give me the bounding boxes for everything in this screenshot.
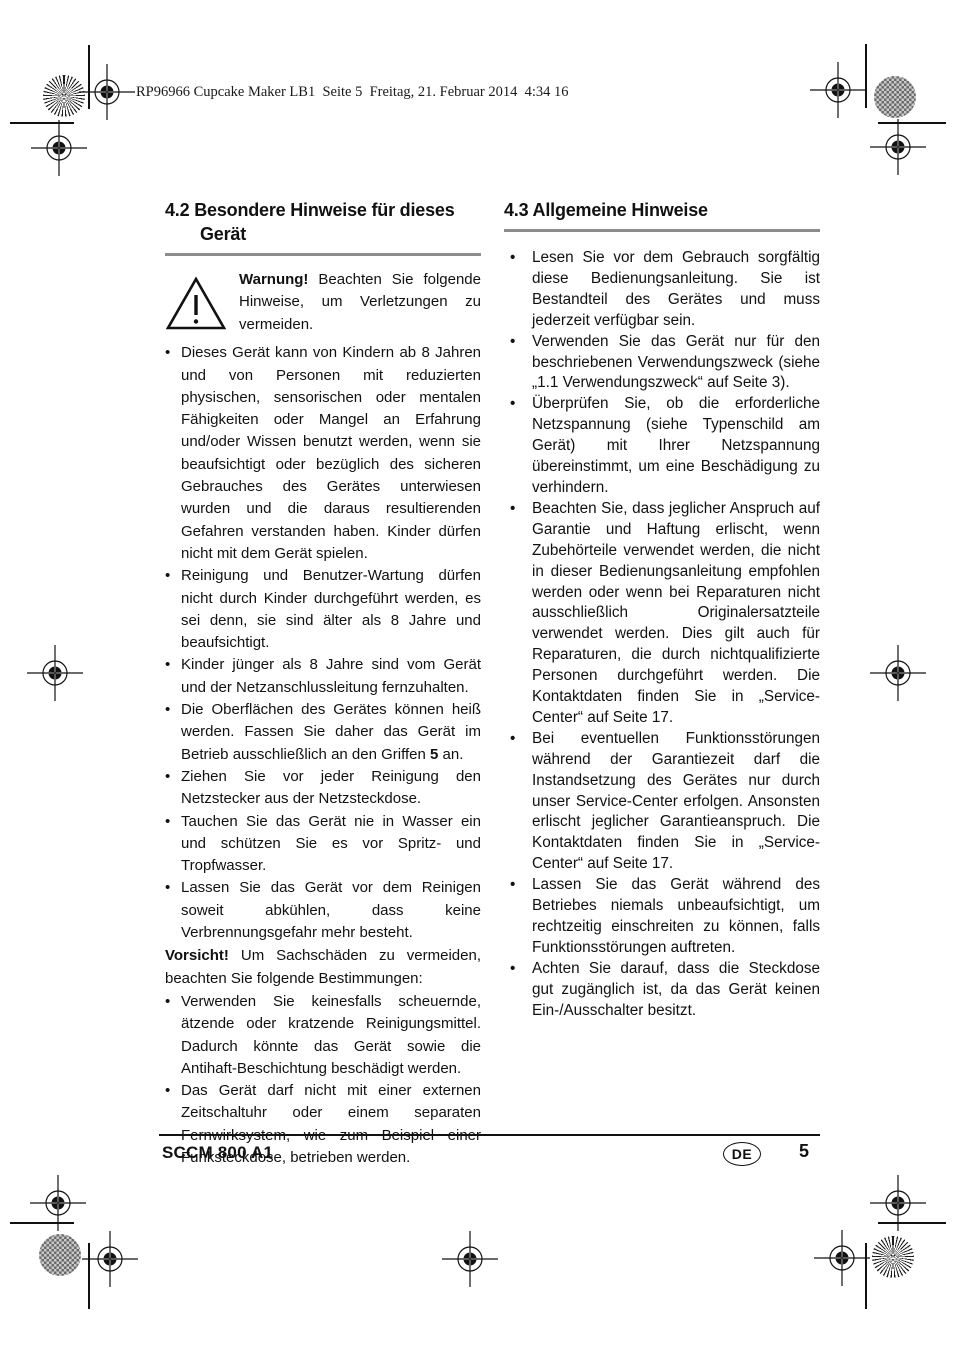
list-item: •Lassen Sie das Gerät während des Betrie… (504, 875, 820, 959)
halftone-calibration-icon (39, 1234, 81, 1276)
trim-line (88, 1243, 90, 1309)
caution-paragraph: Vorsicht! Um Sachschäden zu vermeiden, b… (165, 945, 481, 990)
bullet-marker: • (165, 991, 181, 1080)
list-item-text: Kinder jünger als 8 Jahre sind vom Gerät… (181, 654, 481, 699)
halftone-calibration-icon (874, 76, 916, 118)
trim-line (878, 1222, 946, 1224)
registration-mark-icon (810, 62, 866, 118)
list-item: •Verwenden Sie das Gerät nur für den bes… (504, 332, 820, 395)
starburst-calibration-icon (872, 1236, 914, 1278)
list-item-text: Die Oberflächen des Gerätes können heiß … (181, 699, 481, 766)
list-item: •Verwenden Sie keinesfalls scheuernde, ä… (165, 991, 481, 1080)
list-item: •Überprüfen Sie, ob die erforderliche Ne… (504, 394, 820, 499)
list-item-text: Überprüfen Sie, ob die erforderliche Net… (532, 394, 820, 499)
right-column: 4.3 Allgemeine Hinweise •Lesen Sie vor d… (504, 198, 820, 1022)
list-item: •Lassen Sie das Gerät vor dem Reinigen s… (165, 877, 481, 944)
list-item-text: Achten Sie darauf, dass die Steckdose gu… (532, 959, 820, 1022)
manual-page: RP96966 Cupcake Maker LB1 Seite 5 Freita… (0, 0, 954, 1351)
list-item: •Kinder jünger als 8 Jahre sind vom Gerä… (165, 654, 481, 699)
registration-mark-icon (442, 1231, 498, 1287)
section-heading-4-2: 4.2 Besondere Hinweise für dieses Gerät (165, 198, 481, 246)
general-bullet-list: •Lesen Sie vor dem Gebrauch sorgfältig d… (504, 248, 820, 1022)
list-item-text: Verwenden Sie das Gerät nur für den besc… (532, 332, 820, 395)
bullet-marker: • (165, 877, 181, 944)
bullet-marker: • (504, 959, 532, 1022)
warning-block: Warnung! Beachten Sie folgende Hinweise,… (165, 269, 481, 340)
trim-line (88, 45, 90, 109)
trim-line (878, 122, 946, 124)
bullet-marker: • (504, 332, 532, 395)
list-item-text: Beachten Sie, dass jeglicher Anspruch au… (532, 499, 820, 729)
bullet-marker: • (504, 394, 532, 499)
list-item-text: Dieses Gerät kann von Kindern ab 8 Jahre… (181, 342, 481, 565)
registration-mark-icon (27, 645, 83, 701)
list-item: •Bei eventuellen Funktionsstörungen währ… (504, 729, 820, 875)
list-item: •Ziehen Sie vor jeder Reinigung den Netz… (165, 766, 481, 811)
footer-model-number: SCCM 800 A1 (162, 1143, 273, 1163)
trim-line (10, 122, 74, 124)
list-item-text: Reinigung und Benutzer-Wartung dürfen ni… (181, 565, 481, 654)
bullet-marker: • (165, 342, 181, 565)
list-item-text: Lesen Sie vor dem Gebrauch sorgfältig di… (532, 248, 820, 332)
bullet-marker: • (504, 499, 532, 729)
left-column: 4.2 Besondere Hinweise für dieses Gerät … (165, 198, 481, 1169)
trim-line (865, 44, 867, 108)
section-heading-4-3: 4.3 Allgemeine Hinweise (504, 198, 820, 222)
list-item: •Tauchen Sie das Gerät nie in Wasser ein… (165, 811, 481, 878)
list-item: •Beachten Sie, dass jeglicher Anspruch a… (504, 499, 820, 729)
warning-label: Warnung! (239, 271, 308, 288)
heading-rule (504, 229, 820, 232)
trim-line (10, 1222, 74, 1224)
list-item: •Die Oberflächen des Gerätes können heiß… (165, 699, 481, 766)
registration-mark-icon (870, 645, 926, 701)
warning-text: Warnung! Beachten Sie folgende Hinweise,… (239, 269, 481, 336)
list-item: •Achten Sie darauf, dass die Steckdose g… (504, 959, 820, 1022)
bullet-marker: • (504, 875, 532, 959)
bullet-marker: • (165, 654, 181, 699)
footer-rule (159, 1134, 820, 1136)
bullet-marker: • (165, 699, 181, 766)
proof-header-line: RP96966 Cupcake Maker LB1 Seite 5 Freita… (136, 84, 569, 101)
registration-mark-icon (82, 1231, 138, 1287)
list-item-text: Ziehen Sie vor jeder Reinigung den Netzs… (181, 766, 481, 811)
starburst-calibration-icon (43, 75, 85, 117)
warning-triangle-icon (165, 269, 227, 340)
caution-label: Vorsicht! (165, 947, 229, 964)
bullet-marker: • (165, 766, 181, 811)
bullet-marker: • (504, 729, 532, 875)
registration-mark-icon (814, 1230, 870, 1286)
region-badge: DE (723, 1142, 761, 1166)
bullet-marker: • (165, 565, 181, 654)
list-item-text: Bei eventuellen Funktionsstörungen währe… (532, 729, 820, 875)
list-item: •Reinigung und Benutzer-Wartung dürfen n… (165, 565, 481, 654)
text-segment: an. (438, 746, 463, 763)
list-item: •Dieses Gerät kann von Kindern ab 8 Jahr… (165, 342, 481, 565)
heading-rule (165, 253, 481, 256)
registration-mark-icon (31, 120, 87, 176)
bullet-marker: • (504, 248, 532, 332)
list-item-text: Lassen Sie das Gerät vor dem Reinigen so… (181, 877, 481, 944)
registration-mark-icon (870, 119, 926, 175)
list-item-text: Tauchen Sie das Gerät nie in Wasser ein … (181, 811, 481, 878)
trim-line (865, 1243, 867, 1309)
list-item-text: Verwenden Sie keinesfalls scheuernde, ät… (181, 991, 481, 1080)
bullet-marker: • (165, 811, 181, 878)
list-item: •Lesen Sie vor dem Gebrauch sorgfältig d… (504, 248, 820, 332)
safety-bullet-list: •Dieses Gerät kann von Kindern ab 8 Jahr… (165, 342, 481, 944)
list-item-text: Lassen Sie das Gerät während des Betrieb… (532, 875, 820, 959)
page-number: 5 (799, 1141, 809, 1162)
